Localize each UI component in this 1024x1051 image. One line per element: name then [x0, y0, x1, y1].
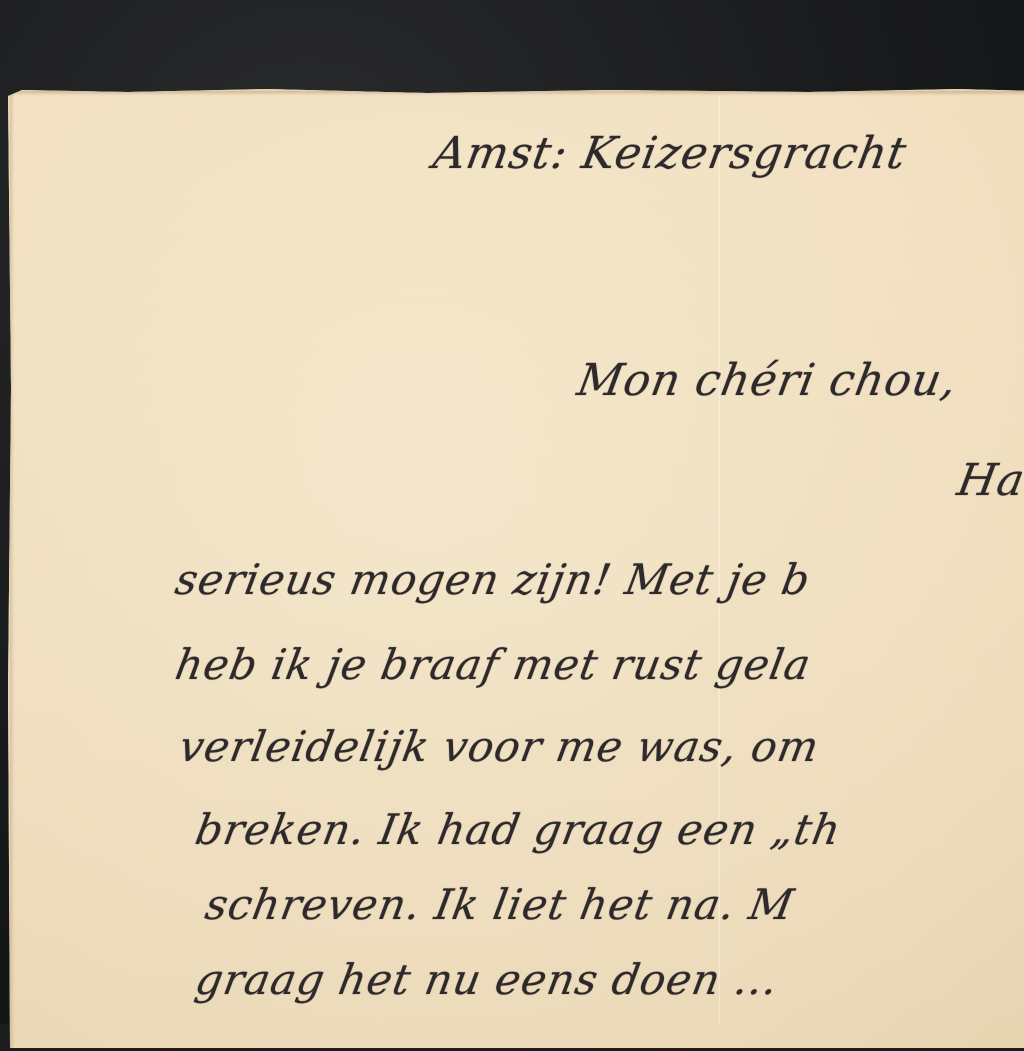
body-line: schreven. Ik liet het na. M [202, 880, 798, 929]
body-line: heb ik je braaf met rust gela [172, 640, 815, 689]
body-line: verleidelijk voor me was, om [176, 722, 824, 771]
paragraph-start: Ha [954, 455, 1024, 506]
body-line: graag het nu eens doen ... [192, 955, 783, 1004]
body-line: breken. Ik had graag een „th [192, 805, 845, 854]
body-line: serieus mogen zijn! Met je b [172, 555, 815, 604]
letter-salutation: Mon chéri chou, [574, 355, 962, 406]
letter-address: Amst: Keizersgracht [430, 128, 911, 179]
